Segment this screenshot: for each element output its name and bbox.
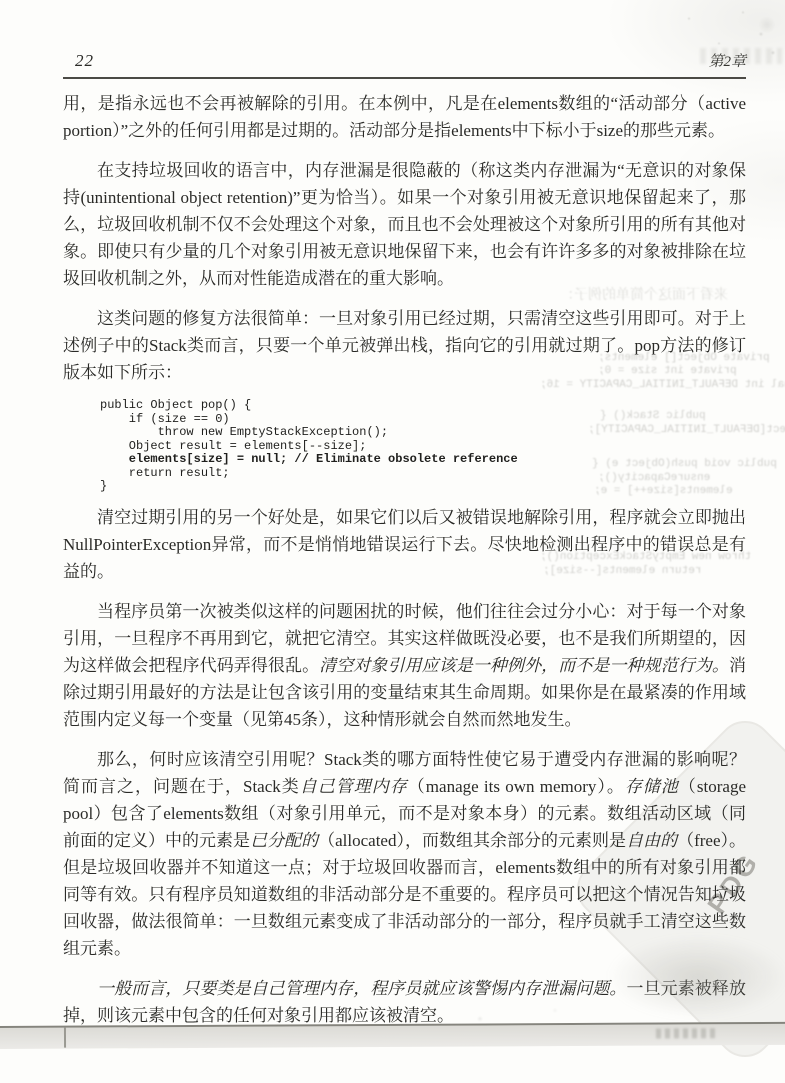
paragraph: 用，是指永远也不会再被解除的引用。在本例中，凡是在elements数组的“活动部… <box>63 90 746 144</box>
code-line: public Object pop() { <box>100 399 746 413</box>
code-block: public Object pop() { if (size == 0) thr… <box>100 399 746 494</box>
code-line: } <box>100 480 746 494</box>
text-segment: 存储池 <box>625 777 679 796</box>
code-line: Object result = elements[--size]; <box>100 440 746 454</box>
text-segment: 清空过期引用的另一个好处是，如果它们以后又被错误地解除引用，程序就会立即抛出Nu… <box>63 508 746 581</box>
edge-tick <box>64 1028 66 1048</box>
scanned-book-page: 来看下面这个简单的例子：private Object[] elements;pr… <box>0 0 785 1083</box>
paragraph: 在支持垃圾回收的语言中，内存泄漏是很隐蔽的（称这类内存泄漏为“无意识的对象保持(… <box>63 157 746 292</box>
text-segment: 一般而言，只要类是自己管理内存，程序员就应该警惕内存泄漏问题。 <box>97 979 627 998</box>
scan-smudge-header <box>700 48 782 64</box>
band-smudge <box>656 1028 716 1038</box>
code-line: if (size == 0) <box>100 413 746 427</box>
page-number: 22 <box>63 51 94 71</box>
paragraph: 那么，何时应该清空引用呢？Stack类的哪方面特性使它易于遭受内存泄漏的影响呢？… <box>63 746 746 962</box>
body-text: 用，是指永远也不会再被解除的引用。在本例中，凡是在elements数组的“活动部… <box>63 90 746 1042</box>
text-segment: 自由的 <box>626 831 677 850</box>
text-segment: （allocated），而数组其余部分的元素则是 <box>318 831 626 850</box>
paragraph: 这类问题的修复方法很简单：一旦对象引用已经过期，只需清空这些引用即可。对于上述例… <box>63 305 746 386</box>
text-segment: 在支持垃圾回收的语言中，内存泄漏是很隐蔽的（称这类内存泄漏为“无意识的对象保持(… <box>63 161 746 288</box>
code-line: throw new EmptyStackException(); <box>100 426 746 440</box>
text-segment: 这类问题的修复方法很简单：一旦对象引用已经过期，只需清空这些引用即可。对于上述例… <box>63 309 746 382</box>
code-line: return result; <box>100 467 746 481</box>
text-segment: （manage its own memory）。 <box>408 777 625 796</box>
paragraph: 清空过期引用的另一个好处是，如果它们以后又被错误地解除引用，程序就会立即抛出Nu… <box>63 504 746 585</box>
paragraph: 当程序员第一次被类似这样的问题困扰的时候，他们往往会过分小心：对于每一个对象引用… <box>63 598 746 733</box>
header-rule <box>63 77 746 79</box>
page-header: 22 第2章 <box>63 50 746 71</box>
text-segment: 自己管理内存 <box>300 777 408 796</box>
text-segment: 清空对象引用应该是一种例外，而不是一种规范行为。 <box>319 656 729 675</box>
code-line: elements[size] = null; // Eliminate obso… <box>100 453 746 467</box>
page-bottom-edge <box>0 1022 785 1049</box>
text-segment: 用，是指永远也不会再被解除的引用。在本例中，凡是在elements数组的“活动部… <box>63 94 746 140</box>
text-segment: 已分配的 <box>250 831 318 850</box>
